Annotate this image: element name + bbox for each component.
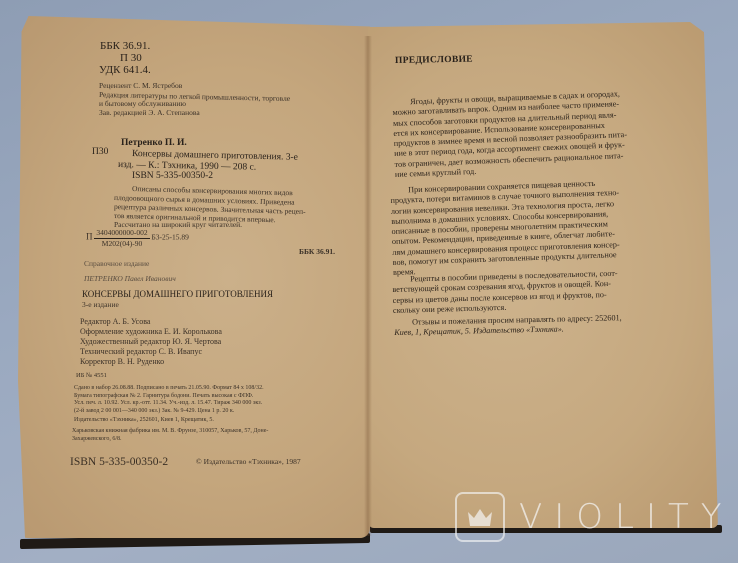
staff-editor: Редактор А. Б. Усова [80, 317, 150, 327]
violity-watermark: VIOLITY [455, 493, 734, 541]
catalog-isbn: ISBN 5-335-00350-2 [132, 171, 213, 182]
preface-heading: ПРЕДИСЛОВИЕ [395, 54, 473, 68]
book-spine [364, 36, 372, 536]
print-line: (2-й завод 2 00 001—340 000 экз.) Зак. №… [74, 408, 264, 416]
crown-icon [455, 492, 505, 542]
staff-designer: Оформление художника Е. И. Королькова [80, 327, 222, 337]
staff-tech-editor: Технический редактор С. В. Ивапус [80, 347, 202, 357]
catalog-bbk: ББК 36.91. [299, 247, 335, 257]
ib-number: ИБ № 4551 [76, 371, 107, 381]
index-denominator: М202(04)-90 [94, 239, 149, 249]
printer-info: Харьковская книжная фабрика им. М. В. Фр… [72, 428, 268, 443]
credits-head-editor: Зав. редакцией Э. А. Степанова [99, 108, 200, 118]
publisher-address: Издательство «Тэхника», 252601, Киев 1, … [74, 416, 214, 426]
print-line: Сдано в набор 26.08.88. Подписано в печа… [74, 385, 264, 393]
author-full-name: ПЕТРЕНКО Павел Иванович [84, 274, 176, 284]
edition-number: 3-е издание [82, 300, 119, 310]
index-fraction: 3404000000-002 М202(04)-90 [94, 228, 149, 248]
catalog-author: Петренко П. И. [121, 138, 187, 149]
preface-paragraph-3: Рецепты в пособии приведены в последоват… [392, 269, 619, 316]
print-line: Бумага типографская № 2. Гарнитура бодон… [74, 393, 264, 401]
printer-line: Захаржевского, 6/8. [72, 436, 268, 444]
staff-proofreader: Корректор В. Н. Руденко [80, 357, 164, 367]
udk-code: УДК 641.4. [99, 64, 151, 77]
preface-paragraph-1: Ягоды, фрукты и овощи, выращиваемые в са… [392, 89, 628, 180]
index-prefix: П [86, 232, 93, 242]
credits-reviewer: Рецензент С. М. Ястребов [99, 81, 182, 91]
print-details: Сдано в набор 26.08.88. Подписано в печа… [74, 385, 264, 415]
catalog-code: П30 [92, 147, 108, 158]
isbn-footer: ISBN 5-335-00350-2 [70, 456, 168, 469]
edition-type: Справочное издание [84, 259, 149, 269]
catalog-index: П 3404000000-002 М202(04)-90 Б3-25-15.89 [86, 228, 189, 248]
preface-paragraph-2: При консервировании сохраняется пищевая … [390, 178, 622, 279]
watermark-brand: VIOLITY [519, 497, 734, 537]
staff-art-editor: Художественный редактор Ю. Я. Чертова [80, 337, 221, 347]
index-suffix: Б3-25-15.89 [152, 233, 189, 242]
book-title: КОНСЕРВЫ ДОМАШНЕГО ПРИГОТОВЛЕНИЯ [82, 289, 273, 300]
print-line: Усл. печ. л. 10.92. Усл. кр.-отт. 11.34.… [74, 400, 264, 408]
copyright-notice: © Издательство «Тэхника», 1987 [196, 457, 301, 467]
printer-line: Харьковская книжная фабрика им. М. В. Фр… [72, 428, 268, 436]
index-numerator: 3404000000-002 [94, 228, 149, 239]
